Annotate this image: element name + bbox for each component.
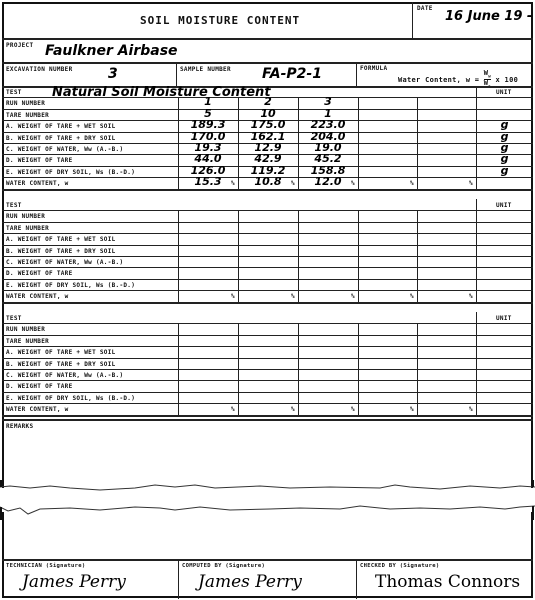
unit-run[interactable]	[476, 209, 533, 220]
cell-tare-run3[interactable]	[298, 221, 358, 232]
percent-sign: %	[469, 406, 473, 413]
cell-c-run5[interactable]	[417, 255, 476, 266]
cell-c-run5[interactable]	[417, 142, 476, 153]
cell-e-run5[interactable]	[417, 391, 476, 402]
cell-e-run4[interactable]	[358, 165, 417, 176]
cell-d-run2[interactable]	[238, 266, 298, 277]
unit-a[interactable]: g	[476, 119, 533, 130]
unit-a[interactable]	[476, 345, 533, 356]
cell-d-run5[interactable]	[417, 266, 476, 277]
remarks-field[interactable]	[4, 432, 531, 484]
cell-d-run4[interactable]	[358, 266, 417, 277]
cell-e-run4[interactable]	[358, 391, 417, 402]
unit-run[interactable]	[476, 96, 533, 107]
cell-tare-run2[interactable]	[238, 334, 298, 345]
row-label-tare: TARE NUMBER	[6, 338, 49, 345]
unit-tare[interactable]	[476, 334, 533, 345]
formula-label: FORMULA	[360, 65, 387, 72]
row-label-b: B. WEIGHT OF TARE + DRY SOIL	[6, 135, 116, 142]
checked-label: CHECKED BY (Signature)	[360, 563, 439, 569]
unit-d[interactable]	[476, 266, 533, 277]
cell-c-run1[interactable]	[178, 255, 238, 266]
cell-w-run5[interactable]	[417, 176, 476, 187]
unit-w[interactable]	[476, 176, 533, 187]
cell-run-run1[interactable]	[178, 209, 238, 220]
date-label: DATE	[417, 5, 433, 12]
cell-c-run4[interactable]	[358, 255, 417, 266]
cell-d-run1[interactable]	[178, 379, 238, 390]
sample-label: SAMPLE NUMBER	[180, 66, 231, 73]
row-label-d: D. WEIGHT OF TARE	[6, 270, 73, 277]
unit-header: UNIT	[496, 202, 512, 209]
unit-header: UNIT	[496, 89, 512, 96]
percent-sign: %	[351, 293, 355, 300]
cell-e-run3[interactable]	[298, 278, 358, 289]
percent-sign: %	[231, 293, 235, 300]
cell-b-run4[interactable]	[358, 357, 417, 368]
unit-tare[interactable]	[476, 221, 533, 232]
cell-a-run3[interactable]	[298, 232, 358, 243]
cell-w-run1[interactable]	[178, 289, 238, 300]
row-label-a: A. WEIGHT OF TARE + WET SOIL	[6, 349, 116, 356]
unit-w[interactable]	[476, 289, 533, 300]
percent-sign: %	[291, 406, 295, 413]
cell-w-run4[interactable]	[358, 176, 417, 187]
cell-a-run2[interactable]	[238, 345, 298, 356]
cell-a-run2[interactable]	[238, 232, 298, 243]
cell-a-run1[interactable]	[178, 345, 238, 356]
cell-b-run4[interactable]	[358, 244, 417, 255]
cell-a-run5[interactable]	[417, 345, 476, 356]
row-label-d: D. WEIGHT OF TARE	[6, 383, 73, 390]
cell-b-run1[interactable]	[178, 244, 238, 255]
cell-d-run1[interactable]	[178, 266, 238, 277]
row-label-tare: TARE NUMBER	[6, 225, 49, 232]
row-label-w: WATER CONTENT, w	[6, 180, 69, 187]
row-label-c: C. WEIGHT OF WATER, Ww (A.-B.)	[6, 259, 123, 266]
unit-w[interactable]	[476, 402, 533, 413]
cell-b-run5[interactable]	[417, 357, 476, 368]
cell-a-run2[interactable]: 175.0	[238, 119, 298, 130]
cell-a-run5[interactable]	[417, 119, 476, 130]
percent-sign: %	[410, 180, 414, 187]
unit-b[interactable]	[476, 244, 533, 255]
percent-sign: %	[351, 406, 355, 413]
percent-sign: %	[469, 180, 473, 187]
cell-d-run4[interactable]	[358, 153, 417, 164]
cell-e-run5[interactable]	[417, 278, 476, 289]
row-label-e: E. WEIGHT OF DRY SOIL, Ws (B.-D.)	[6, 282, 135, 289]
cell-tare-run2[interactable]	[238, 221, 298, 232]
cell-w-run4[interactable]	[358, 289, 417, 300]
percent-sign: %	[469, 293, 473, 300]
row-label-run: RUN NUMBER	[6, 326, 45, 333]
cell-run-run3[interactable]	[298, 209, 358, 220]
cell-run-run2[interactable]	[238, 209, 298, 220]
cell-run-run5[interactable]	[417, 96, 476, 107]
unit-run[interactable]	[476, 322, 533, 333]
excavation-label: EXCAVATION NUMBER	[6, 66, 73, 73]
cell-a-run3[interactable]: 223.0	[298, 119, 358, 130]
unit-e[interactable]	[476, 391, 533, 402]
cell-run-run4[interactable]	[358, 96, 417, 107]
cell-b-run3[interactable]	[298, 357, 358, 368]
row-label-c: C. WEIGHT OF WATER, Ww (A.-B.)	[6, 146, 123, 153]
cell-tare-run1[interactable]	[178, 334, 238, 345]
row-label-b: B. WEIGHT OF TARE + DRY SOIL	[6, 248, 116, 255]
cell-d-run3[interactable]	[298, 379, 358, 390]
checked-signature[interactable]: Thomas Connors	[375, 572, 520, 592]
cell-e-run1[interactable]	[178, 278, 238, 289]
cell-w-run2[interactable]	[238, 289, 298, 300]
cell-c-run5[interactable]	[417, 368, 476, 379]
cell-c-run1[interactable]	[178, 368, 238, 379]
cell-c-run3[interactable]	[298, 368, 358, 379]
project-label: PROJECT	[6, 42, 33, 49]
cell-d-run4[interactable]	[358, 379, 417, 390]
cell-b-run3[interactable]	[298, 244, 358, 255]
technician-label: TECHNICIAN (Signature)	[6, 563, 85, 569]
test-label: TEST	[6, 315, 22, 322]
percent-sign: %	[231, 180, 235, 187]
unit-e[interactable]: g	[476, 165, 533, 176]
row-label-c: C. WEIGHT OF WATER, Ww (A.-B.)	[6, 372, 123, 379]
computed-label: COMPUTED BY (Signature)	[182, 563, 265, 569]
cell-b-run5[interactable]	[417, 244, 476, 255]
cell-w-run3[interactable]	[298, 289, 358, 300]
unit-c[interactable]	[476, 255, 533, 266]
cell-run-run5[interactable]	[417, 322, 476, 333]
cell-c-run3[interactable]	[298, 255, 358, 266]
cell-b-run1[interactable]	[178, 357, 238, 368]
row-label-a: A. WEIGHT OF TARE + WET SOIL	[6, 123, 116, 130]
percent-sign: %	[410, 293, 414, 300]
percent-sign: %	[231, 406, 235, 413]
unit-c[interactable]	[476, 368, 533, 379]
date-value[interactable]: 16 June 19 -	[445, 9, 532, 24]
test-label: TEST	[6, 89, 22, 96]
cell-e-run3[interactable]	[298, 391, 358, 402]
cell-w-run2[interactable]	[238, 402, 298, 413]
cell-e-run4[interactable]	[358, 278, 417, 289]
excavation-value[interactable]: 3	[108, 66, 118, 82]
cell-w-run3[interactable]: 12.0	[298, 176, 358, 187]
cell-d-run5[interactable]	[417, 153, 476, 164]
row-label-b: B. WEIGHT OF TARE + DRY SOIL	[6, 361, 116, 368]
cell-run-run3[interactable]	[298, 322, 358, 333]
unit-e[interactable]	[476, 278, 533, 289]
form-title: SOIL MOISTURE CONTENT	[140, 14, 300, 27]
unit-d[interactable]	[476, 379, 533, 390]
cell-run-run4[interactable]	[358, 209, 417, 220]
cell-w-run1[interactable]: 15.3	[178, 176, 238, 187]
computed-signature[interactable]: James Perry	[198, 572, 302, 592]
row-label-w: WATER CONTENT, w	[6, 406, 69, 413]
percent-sign: %	[410, 406, 414, 413]
cell-a-run3[interactable]	[298, 345, 358, 356]
cell-run-run4[interactable]	[358, 322, 417, 333]
percent-sign: %	[291, 180, 295, 187]
cell-tare-run1[interactable]	[178, 221, 238, 232]
cell-b-run2[interactable]	[238, 357, 298, 368]
cell-tare-run3[interactable]	[298, 334, 358, 345]
cell-d-run5[interactable]	[417, 379, 476, 390]
cell-b-run4[interactable]	[358, 131, 417, 142]
cell-tare-run5[interactable]	[417, 334, 476, 345]
row-label-a: A. WEIGHT OF TARE + WET SOIL	[6, 236, 116, 243]
cell-run-run1[interactable]	[178, 322, 238, 333]
cell-a-run4[interactable]	[358, 345, 417, 356]
torn-break	[0, 480, 535, 520]
cell-tare-run4[interactable]	[358, 334, 417, 345]
cell-w-run5[interactable]	[417, 289, 476, 300]
cell-b-run2[interactable]	[238, 244, 298, 255]
sample-value[interactable]: FA-P2-1	[262, 66, 322, 82]
cell-tare-run4[interactable]	[358, 108, 417, 119]
cell-tare-run5[interactable]	[417, 108, 476, 119]
cell-c-run2[interactable]	[238, 368, 298, 379]
row-label-e: E. WEIGHT OF DRY SOIL, Ws (B.-D.)	[6, 169, 135, 176]
cell-a-run4[interactable]	[358, 232, 417, 243]
cell-w-run2[interactable]: 10.8	[238, 176, 298, 187]
row-label-d: D. WEIGHT OF TARE	[6, 157, 73, 164]
cell-tare-run5[interactable]	[417, 221, 476, 232]
cell-tare-run4[interactable]	[358, 221, 417, 232]
row-label-run: RUN NUMBER	[6, 100, 45, 107]
cell-a-run5[interactable]	[417, 232, 476, 243]
row-label-tare: TARE NUMBER	[6, 112, 49, 119]
cell-a-run1[interactable]	[178, 232, 238, 243]
cell-w-run1[interactable]	[178, 402, 238, 413]
cell-e-run1[interactable]	[178, 391, 238, 402]
cell-w-run3[interactable]	[298, 402, 358, 413]
cell-c-run2[interactable]	[238, 255, 298, 266]
cell-run-run2[interactable]	[238, 322, 298, 333]
cell-w-run5[interactable]	[417, 402, 476, 413]
cell-e-run2[interactable]	[238, 278, 298, 289]
row-label-run: RUN NUMBER	[6, 213, 45, 220]
cell-w-run4[interactable]	[358, 402, 417, 413]
percent-sign: %	[291, 293, 295, 300]
cell-d-run3[interactable]	[298, 266, 358, 277]
cell-c-run4[interactable]	[358, 368, 417, 379]
project-value[interactable]: Faulkner Airbase	[45, 43, 178, 59]
cell-b-run5[interactable]	[417, 131, 476, 142]
unit-a[interactable]	[476, 232, 533, 243]
unit-b[interactable]	[476, 357, 533, 368]
percent-sign: %	[351, 180, 355, 187]
test-label: TEST	[6, 202, 22, 209]
row-label-e: E. WEIGHT OF DRY SOIL, Ws (B.-D.)	[6, 395, 135, 402]
unit-header: UNIT	[496, 315, 512, 322]
cell-a-run1[interactable]: 189.3	[178, 119, 238, 130]
row-label-w: WATER CONTENT, w	[6, 293, 69, 300]
remarks-label: REMARKS	[6, 423, 33, 430]
cell-e-run5[interactable]	[417, 165, 476, 176]
cell-e-run2[interactable]	[238, 391, 298, 402]
technician-signature[interactable]: James Perry	[22, 572, 126, 592]
cell-a-run4[interactable]	[358, 119, 417, 130]
cell-c-run4[interactable]	[358, 142, 417, 153]
cell-d-run2[interactable]	[238, 379, 298, 390]
cell-run-run5[interactable]	[417, 209, 476, 220]
